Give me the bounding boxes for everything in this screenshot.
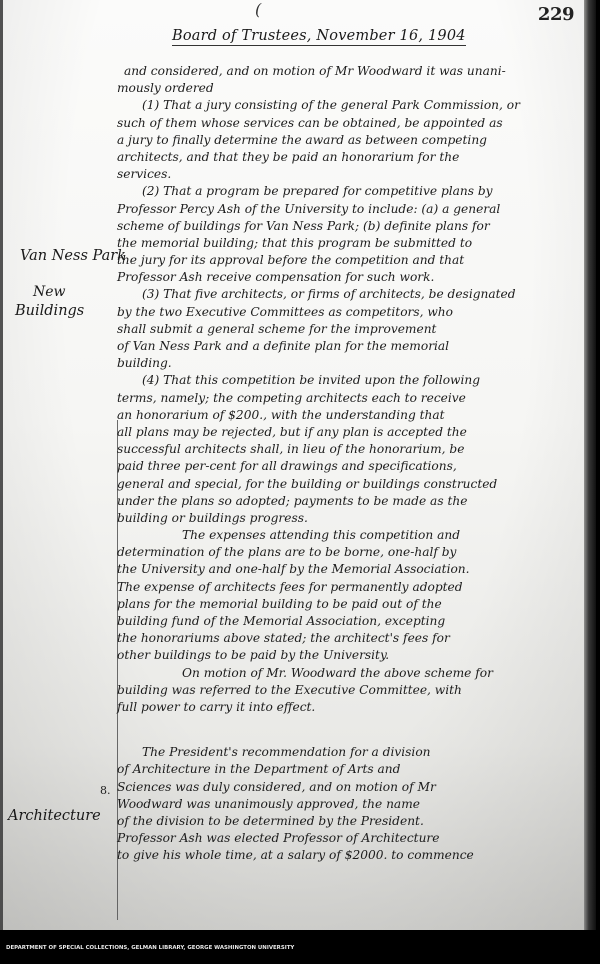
text-line: Sciences was duly considered, and on mot… — [117, 779, 586, 796]
manuscript-page: ( 229 Board of Trustees, November 16, 19… — [0, 0, 596, 930]
page-heading: Board of Trustees, November 16, 1904 — [172, 28, 466, 46]
text-line: such of them whose services can be obtai… — [117, 115, 586, 132]
archive-footer: DEPARTMENT OF SPECIAL COLLECTIONS, GELMA… — [0, 930, 600, 964]
text-line: shall submit a general scheme for the im… — [117, 321, 586, 338]
section-gap — [124, 716, 586, 744]
text-line: Woodward was unanimously approved, the n… — [117, 796, 586, 813]
text-line-paragraph-start: On motion of Mr. Woodward the above sche… — [124, 665, 586, 682]
text-line: The expense of architects fees for perma… — [117, 579, 586, 596]
text-line: building was referred to the Executive C… — [117, 682, 586, 699]
text-line: an honorarium of $200., with the underst… — [117, 407, 586, 424]
page-number: 229 — [538, 4, 574, 25]
archive-credit-text: DEPARTMENT OF SPECIAL COLLECTIONS, GELMA… — [6, 945, 294, 951]
text-line: by the two Executive Committees as compe… — [117, 304, 586, 321]
text-line-item-1: (1) That a jury consisting of the genera… — [124, 97, 586, 114]
text-line: building. — [117, 355, 586, 372]
text-line: building or buildings progress. — [117, 510, 586, 527]
text-line: a jury to finally determine the award as… — [117, 132, 586, 149]
text-line: of Van Ness Park and a definite plan for… — [117, 338, 586, 355]
margin-note-new: New — [33, 284, 66, 300]
text-line: plans for the memorial building to be pa… — [117, 596, 586, 613]
text-line-item-2: (2) That a program be prepared for compe… — [124, 183, 586, 200]
text-line-section-8-start: The President's recommendation for a div… — [124, 744, 586, 761]
text-line: the memorial building; that this program… — [117, 235, 586, 252]
text-line: to give his whole time, at a salary of $… — [117, 847, 586, 864]
text-line: architects, and that they be paid an hon… — [117, 149, 586, 166]
text-line: full power to carry it into effect. — [117, 699, 586, 716]
text-line: the University and one-half by the Memor… — [117, 561, 586, 578]
section-number: 8. — [100, 784, 111, 797]
margin-note-architecture: Architecture — [8, 808, 101, 824]
text-line: of the division to be determined by the … — [117, 813, 586, 830]
text-line: mously ordered — [117, 80, 586, 97]
text-line-item-3: (3) That five architects, or firms of ar… — [124, 286, 586, 303]
text-line: of Architecture in the Department of Art… — [117, 761, 586, 778]
text-line: Professor Ash was elected Professor of A… — [117, 830, 586, 847]
text-line: Professor Ash receive compensation for s… — [117, 269, 586, 286]
text-line: scheme of buildings for Van Ness Park; (… — [117, 218, 586, 235]
margin-note-buildings: Buildings — [15, 303, 84, 319]
text-line: determination of the plans are to be bor… — [117, 544, 586, 561]
text-line: other buildings to be paid by the Univer… — [117, 647, 586, 664]
text-line: the jury for its approval before the com… — [117, 252, 586, 269]
text-line: general and special, for the building or… — [117, 476, 586, 493]
text-line: paid three per-cent for all drawings and… — [117, 458, 586, 475]
text-line-item-4: (4) That this competition be invited upo… — [124, 372, 586, 389]
text-line: and considered, and on motion of Mr Wood… — [124, 63, 586, 80]
text-line: terms, namely; the competing architects … — [117, 390, 586, 407]
text-line: under the plans so adopted; payments to … — [117, 493, 586, 510]
text-line: all plans may be rejected, but if any pl… — [117, 424, 586, 441]
margin-note-van-ness-park: Van Ness Park — [20, 248, 126, 264]
text-line: the honorariums above stated; the archit… — [117, 630, 586, 647]
stray-ink-mark: ( — [255, 0, 261, 19]
text-line-paragraph-start: The expenses attending this competition … — [124, 527, 586, 544]
text-line: successful architects shall, in lieu of … — [117, 441, 586, 458]
text-line: building fund of the Memorial Associatio… — [117, 613, 586, 630]
text-line: Professor Percy Ash of the University to… — [117, 201, 586, 218]
minutes-body: and considered, and on motion of Mr Wood… — [124, 63, 586, 864]
page-left-edge — [0, 0, 3, 930]
text-line: services. — [117, 166, 586, 183]
